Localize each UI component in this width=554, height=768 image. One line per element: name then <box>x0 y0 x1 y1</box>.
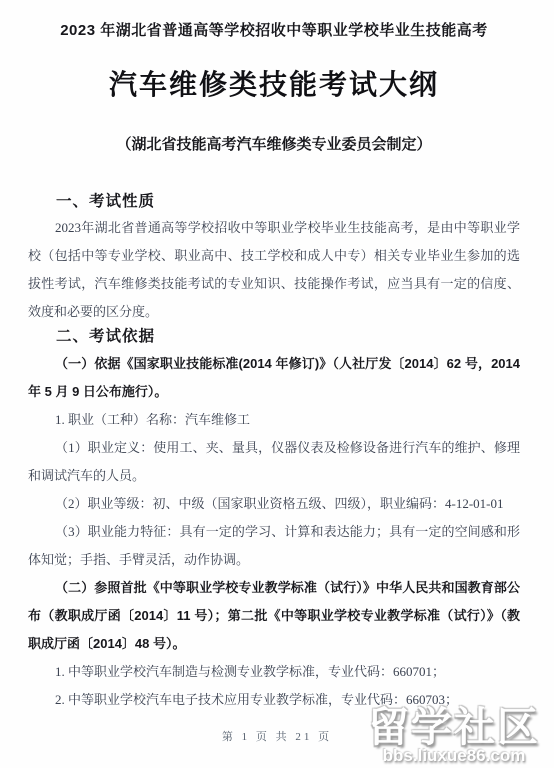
page-number-indicator: 第 1 页 共 21 页 <box>0 728 554 744</box>
page-title: 汽车维修类技能考试大纲 <box>28 68 520 102</box>
document-page: 2023 年湖北省普通高等学校招收中等职业学校毕业生技能高考 汽车维修类技能考试… <box>0 0 554 768</box>
paragraph-basis1-lead: （一）依据《国家职业技能标准(2014 年修订)》（人社厅发〔2014〕62 号… <box>28 350 520 406</box>
watermark-url-text: bbs.liuxue86.com <box>356 746 552 766</box>
paragraph-basis2-lead: （二）参照首批《中等职业学校专业教学标准（试行）》中华人民共和国教育部公布（教职… <box>28 574 520 658</box>
paragraph-teaching-standard-1: 1. 中等职业学校汽车制造与检测专业教学标准，专业代码：660701； <box>28 658 520 686</box>
paragraph-occupation-name: 1. 职业（工种）名称：汽车维修工 <box>28 406 520 434</box>
section-heading-exam-basis: 二、考试依据 <box>28 326 520 348</box>
paragraph-occupation-ability: （3）职业能力特征：具有一定的学习、计算和表达能力；具有一定的空间感和形体知觉；… <box>28 518 520 574</box>
doc-subtitle: （湖北省技能高考汽车维修类专业委员会制定） <box>28 135 520 155</box>
section-heading-exam-nature: 一、考试性质 <box>28 191 520 212</box>
doc-kicker-line: 2023 年湖北省普通高等学校招收中等职业学校毕业生技能高考 <box>28 20 520 41</box>
paragraph-occupation-definition: （1）职业定义：使用工、夹、量具，仪器仪表及检修设备进行汽车的维护、修理和调试汽… <box>28 434 520 490</box>
paragraph-occupation-level: （2）职业等级：初、中级（国家职业资格五级、四级），职业编码：4-12-01-0… <box>28 490 520 518</box>
paragraph-exam-nature: 2023年湖北省普通高等学校招收中等职业学校毕业生技能高考，是由中等职业学校（包… <box>28 214 520 326</box>
paragraph-teaching-standard-2: 2. 中等职业学校汽车电子技术应用专业教学标准，专业代码：660703； <box>28 686 520 714</box>
